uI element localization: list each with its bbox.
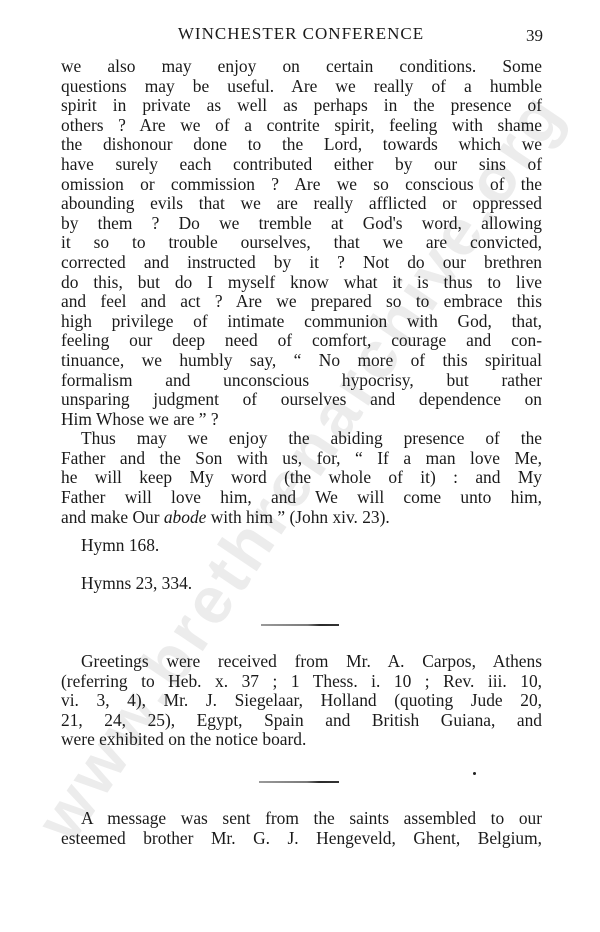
running-head: WINCHESTER CONFERENCE 39 xyxy=(61,24,541,48)
hymn-reference: Hymns 23, 334. xyxy=(81,573,192,594)
text-line: feeling our deep need of comfort, courag… xyxy=(61,331,542,351)
text-line: spirit in private as well as perhaps in … xyxy=(61,96,542,116)
text-line: were exhibited on the notice board. xyxy=(61,730,542,750)
running-title: WINCHESTER CONFERENCE xyxy=(61,24,541,44)
text-line: and feel and act ? Are we prepared so to… xyxy=(61,292,542,312)
text-line: high privilege of intimate communion wit… xyxy=(61,312,542,332)
page-number: 39 xyxy=(526,26,543,46)
text-line: the dishonour done to the Lord, towards … xyxy=(61,135,542,155)
stray-mark xyxy=(473,772,476,775)
text-line: Greetings were received from Mr. A. Carp… xyxy=(61,652,542,672)
text-segment: and make Our xyxy=(61,507,164,527)
text-line: tinuance, we humbly say, “ No more of th… xyxy=(61,351,542,371)
text-line: do this, but do I myself know what it is… xyxy=(61,273,542,293)
text-line: A message was sent from the saints assem… xyxy=(61,809,542,829)
text-line: abounding evils that we are really affli… xyxy=(61,194,542,214)
text-line: Father and the Son with us, for, “ If a … xyxy=(61,449,542,469)
text-line: have surely each contributed either by o… xyxy=(61,155,542,175)
section-divider xyxy=(261,624,339,626)
text-line: (referring to Heb. x. 37 ; 1 Thess. i. 1… xyxy=(61,672,542,692)
text-line: omission or commission ? Are we so consc… xyxy=(61,175,542,195)
text-line: unsparing judgment of ourselves and depe… xyxy=(61,390,542,410)
paragraph-greetings: Greetings were received from Mr. A. Carp… xyxy=(61,652,542,750)
paragraph-message: A message was sent from the saints assem… xyxy=(61,809,542,848)
text-line: it so to trouble ourselves, that we are … xyxy=(61,233,542,253)
section-divider xyxy=(259,781,339,783)
paragraph-self-examination: we also may enjoy on certain conditions.… xyxy=(61,57,542,527)
text-segment: with him ” (John xiv. 23). xyxy=(206,507,389,527)
italic-emphasis: abode xyxy=(164,507,207,527)
text-line: questions may be useful. Are we really o… xyxy=(61,77,542,97)
text-line: Father will love him, and We will come u… xyxy=(61,488,542,508)
text-line: he will keep My word (the whole of it) :… xyxy=(61,468,542,488)
text-line: 21, 24, 25), Egypt, Spain and British Gu… xyxy=(61,711,542,731)
text-line: by them ? Do we tremble at God's word, a… xyxy=(61,214,542,234)
text-line: corrected and instructed by it ? Not do … xyxy=(61,253,542,273)
text-line: esteemed brother Mr. G. J. Hengeveld, Gh… xyxy=(61,829,542,849)
text-line-with-italic: and make Our abode with him ” (John xiv.… xyxy=(61,508,542,528)
text-line: we also may enjoy on certain conditions.… xyxy=(61,57,542,77)
text-line: vi. 3, 4), Mr. J. Siegelaar, Holland (qu… xyxy=(61,691,542,711)
hymn-reference: Hymn 168. xyxy=(81,535,159,556)
text-line: formalism and unconscious hypocrisy, but… xyxy=(61,371,542,391)
text-line: Him Whose we are ” ? xyxy=(61,410,542,430)
text-line: Thus may we enjoy the abiding presence o… xyxy=(61,429,542,449)
book-page: WINCHESTER CONFERENCE 39 we also may enj… xyxy=(0,0,600,932)
text-line: others ? Are we of a contrite spirit, fe… xyxy=(61,116,542,136)
